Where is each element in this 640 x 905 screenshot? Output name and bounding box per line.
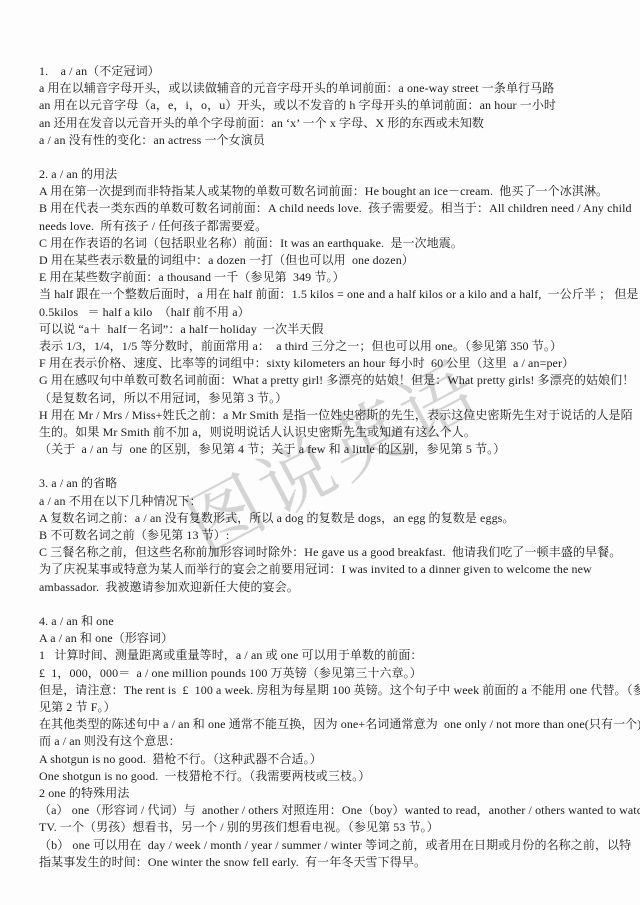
- text-line: 指某事发生的时间：One winter the snow fell early.…: [39, 854, 614, 871]
- document-content: 1. a / an（不定冠词）a 用在以辅音字母开头，或以读做辅音的元音字母开头…: [39, 63, 614, 888]
- text-line: 在其他类型的陈述句中 a / an 和 one 通常不能互换，因为 one+名词…: [39, 716, 614, 733]
- text-line: E 用在某些数字前面：a thousand 一千（参见第 349 节。）: [39, 269, 614, 286]
- text-line: 0.5kilos ＝ half a kilo （half 前不用 a）: [39, 304, 614, 321]
- doc-section: 3. a / an 的省略a / an 不用在以下几种情况下：A 复数名词之前：…: [39, 475, 614, 595]
- doc-section: 1. a / an（不定冠词）a 用在以辅音字母开头，或以读做辅音的元音字母开头…: [39, 63, 614, 149]
- text-line: a / an 没有性的变化：an actress 一个女演员: [39, 132, 614, 149]
- text-line: F 用在表示价格、速度、比率等的词组中：sixty kilometers an …: [39, 355, 614, 372]
- text-line: A 复数名词之前：a / an 没有复数形式，所以 a dog 的复数是 dog…: [39, 510, 614, 527]
- text-line: an 用在以元音字母（a，e，i，o，u）开头，或以不发音的 h 字母开头的单词…: [39, 97, 614, 114]
- text-line: 2 one 的特殊用法: [39, 785, 614, 802]
- text-line: （关于 a / an 与 one 的区别，参见第 4 节；关于 a few 和 …: [39, 441, 614, 458]
- text-line: needs love. 所有孩子 / 任何孩子都需要爱。: [39, 218, 614, 235]
- text-line: 为了庆祝某事或特意为某人而举行的宴会之前要用冠词：I was invited t…: [39, 561, 614, 578]
- text-line: A 用在第一次提到而非特指某人或某物的单数可数名词前面：He bought an…: [39, 183, 614, 200]
- text-line: 而 a / an 则没有这个意思：: [39, 733, 614, 750]
- text-line: D 用在某些表示数量的词组中：a dozen 一打（但也可以用 one doze…: [39, 252, 614, 269]
- text-line: C 用在作表语的名词（包括职业名称）前面：It was an earthquak…: [39, 235, 614, 252]
- text-line: One shotgun is no good. 一枝猎枪不行。（我需要两枝或三枝…: [39, 768, 614, 785]
- text-line: 表示 1/3，1/4，1/5 等分数时，前面常用 a： a third 三分之一…: [39, 338, 614, 355]
- text-line: C 三餐名称之前，但这些名称前加形容词时除外：He gave us a good…: [39, 544, 614, 561]
- doc-section: 4. a / an 和 oneA a / an 和 one（形容词）1 计算时间…: [39, 613, 614, 871]
- text-line: 当 half 跟在一个整数后面时，a 用在 half 前面：1.5 kilos …: [39, 286, 614, 303]
- text-line: a 用在以辅音字母开头，或以读做辅音的元音字母开头的单词前面：a one-way…: [39, 80, 614, 97]
- text-line: B 不可数名词之前（参见第 13 节）:: [39, 527, 614, 544]
- section-title: 3. a / an 的省略: [39, 475, 614, 492]
- text-line: （b） one 可以用在 day / week / month / year /…: [39, 837, 614, 854]
- section-title: 4. a / an 和 one: [39, 613, 614, 630]
- text-line: 生的。如果 Mr Smith 前不加 a，则说明说话人认识史密斯先生或知道有这么…: [39, 424, 614, 441]
- text-line: 见第 2 节 F。）: [39, 699, 614, 716]
- text-line: （a） one（形容词 / 代词）与 another / others 对照连用…: [39, 802, 614, 819]
- text-line: ambassador. 我被邀请参加欢迎新任大使的宴会。: [39, 579, 614, 596]
- text-line: G 用在感叹句中单数可数名词前面：What a pretty girl! 多漂亮…: [39, 372, 614, 389]
- document-page: 图说英语 1. a / an（不定冠词）a 用在以辅音字母开头，或以读做辅音的元…: [0, 0, 640, 905]
- text-line: 1 计算时间、测量距离或重量等时，a / an 或 one 可以用于单数的前面：: [39, 647, 614, 664]
- text-line: B 用在代表一类东西的单数可数名词前面：A child needs love. …: [39, 200, 614, 217]
- text-line: A a / an 和 one（形容词）: [39, 630, 614, 647]
- text-line: （是复数名词，所以不用冠词，参见第 3 节。）: [39, 390, 614, 407]
- text-line: H 用在 Mr / Mrs / Miss+姓氏之前：a Mr Smith 是指一…: [39, 407, 614, 424]
- section-title: 2. a / an 的用法: [39, 166, 614, 183]
- text-line: an 还用在发音以元音开头的单个字母前面：an ‘x’ 一个 x 字母、X 形的…: [39, 115, 614, 132]
- text-line: 但是，请注意：The rent is £ 100 a week. 房租为每星期 …: [39, 682, 614, 699]
- text-line: A shotgun is no good. 猎枪不行。（这种武器不合适。）: [39, 751, 614, 768]
- doc-section: 2. a / an 的用法A 用在第一次提到而非特指某人或某物的单数可数名词前面…: [39, 166, 614, 458]
- text-line: 可以说 “a＋ half－名词”：a half－holiday 一次半天假: [39, 321, 614, 338]
- text-line: TV. 一个（男孩）想看书，另一个 / 别的男孩们想看电视。（参见第 53 节。…: [39, 819, 614, 836]
- text-line: £ 1，000，000＝ a / one million pounds 100 …: [39, 665, 614, 682]
- text-line: a / an 不用在以下几种情况下：: [39, 493, 614, 510]
- section-title: 1. a / an（不定冠词）: [39, 63, 614, 80]
